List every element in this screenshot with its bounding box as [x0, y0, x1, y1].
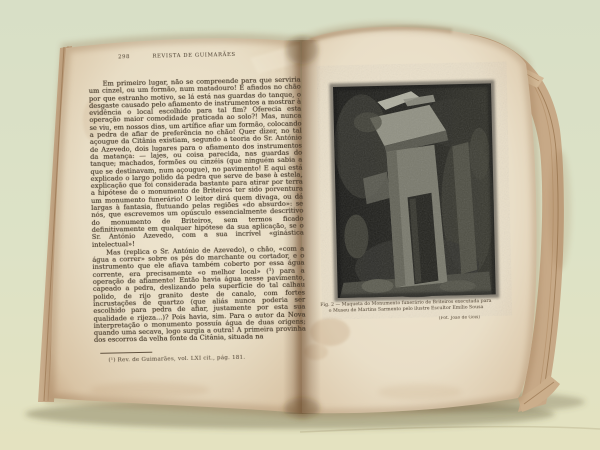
figure-photo-monument-maquette	[333, 83, 496, 299]
paragraph-2: Mas (replica o Sr. António de Azevedo), …	[92, 245, 306, 344]
gutter-shadow-bottom	[284, 398, 320, 418]
paragraph-1: Em primeiro lugar, não se compreende par…	[89, 77, 304, 249]
body-text: Em primeiro lugar, não se compreende par…	[89, 77, 306, 345]
footnote-rule	[100, 351, 152, 353]
page-number: 298	[118, 54, 130, 60]
photo-of-open-book: 298 REVISTA DE GUIMARÃES Em primeiro lug…	[0, 0, 600, 450]
running-title: REVISTA DE GUIMARÃES	[152, 52, 235, 60]
left-page: 298 REVISTA DE GUIMARÃES Em primeiro lug…	[88, 50, 306, 364]
